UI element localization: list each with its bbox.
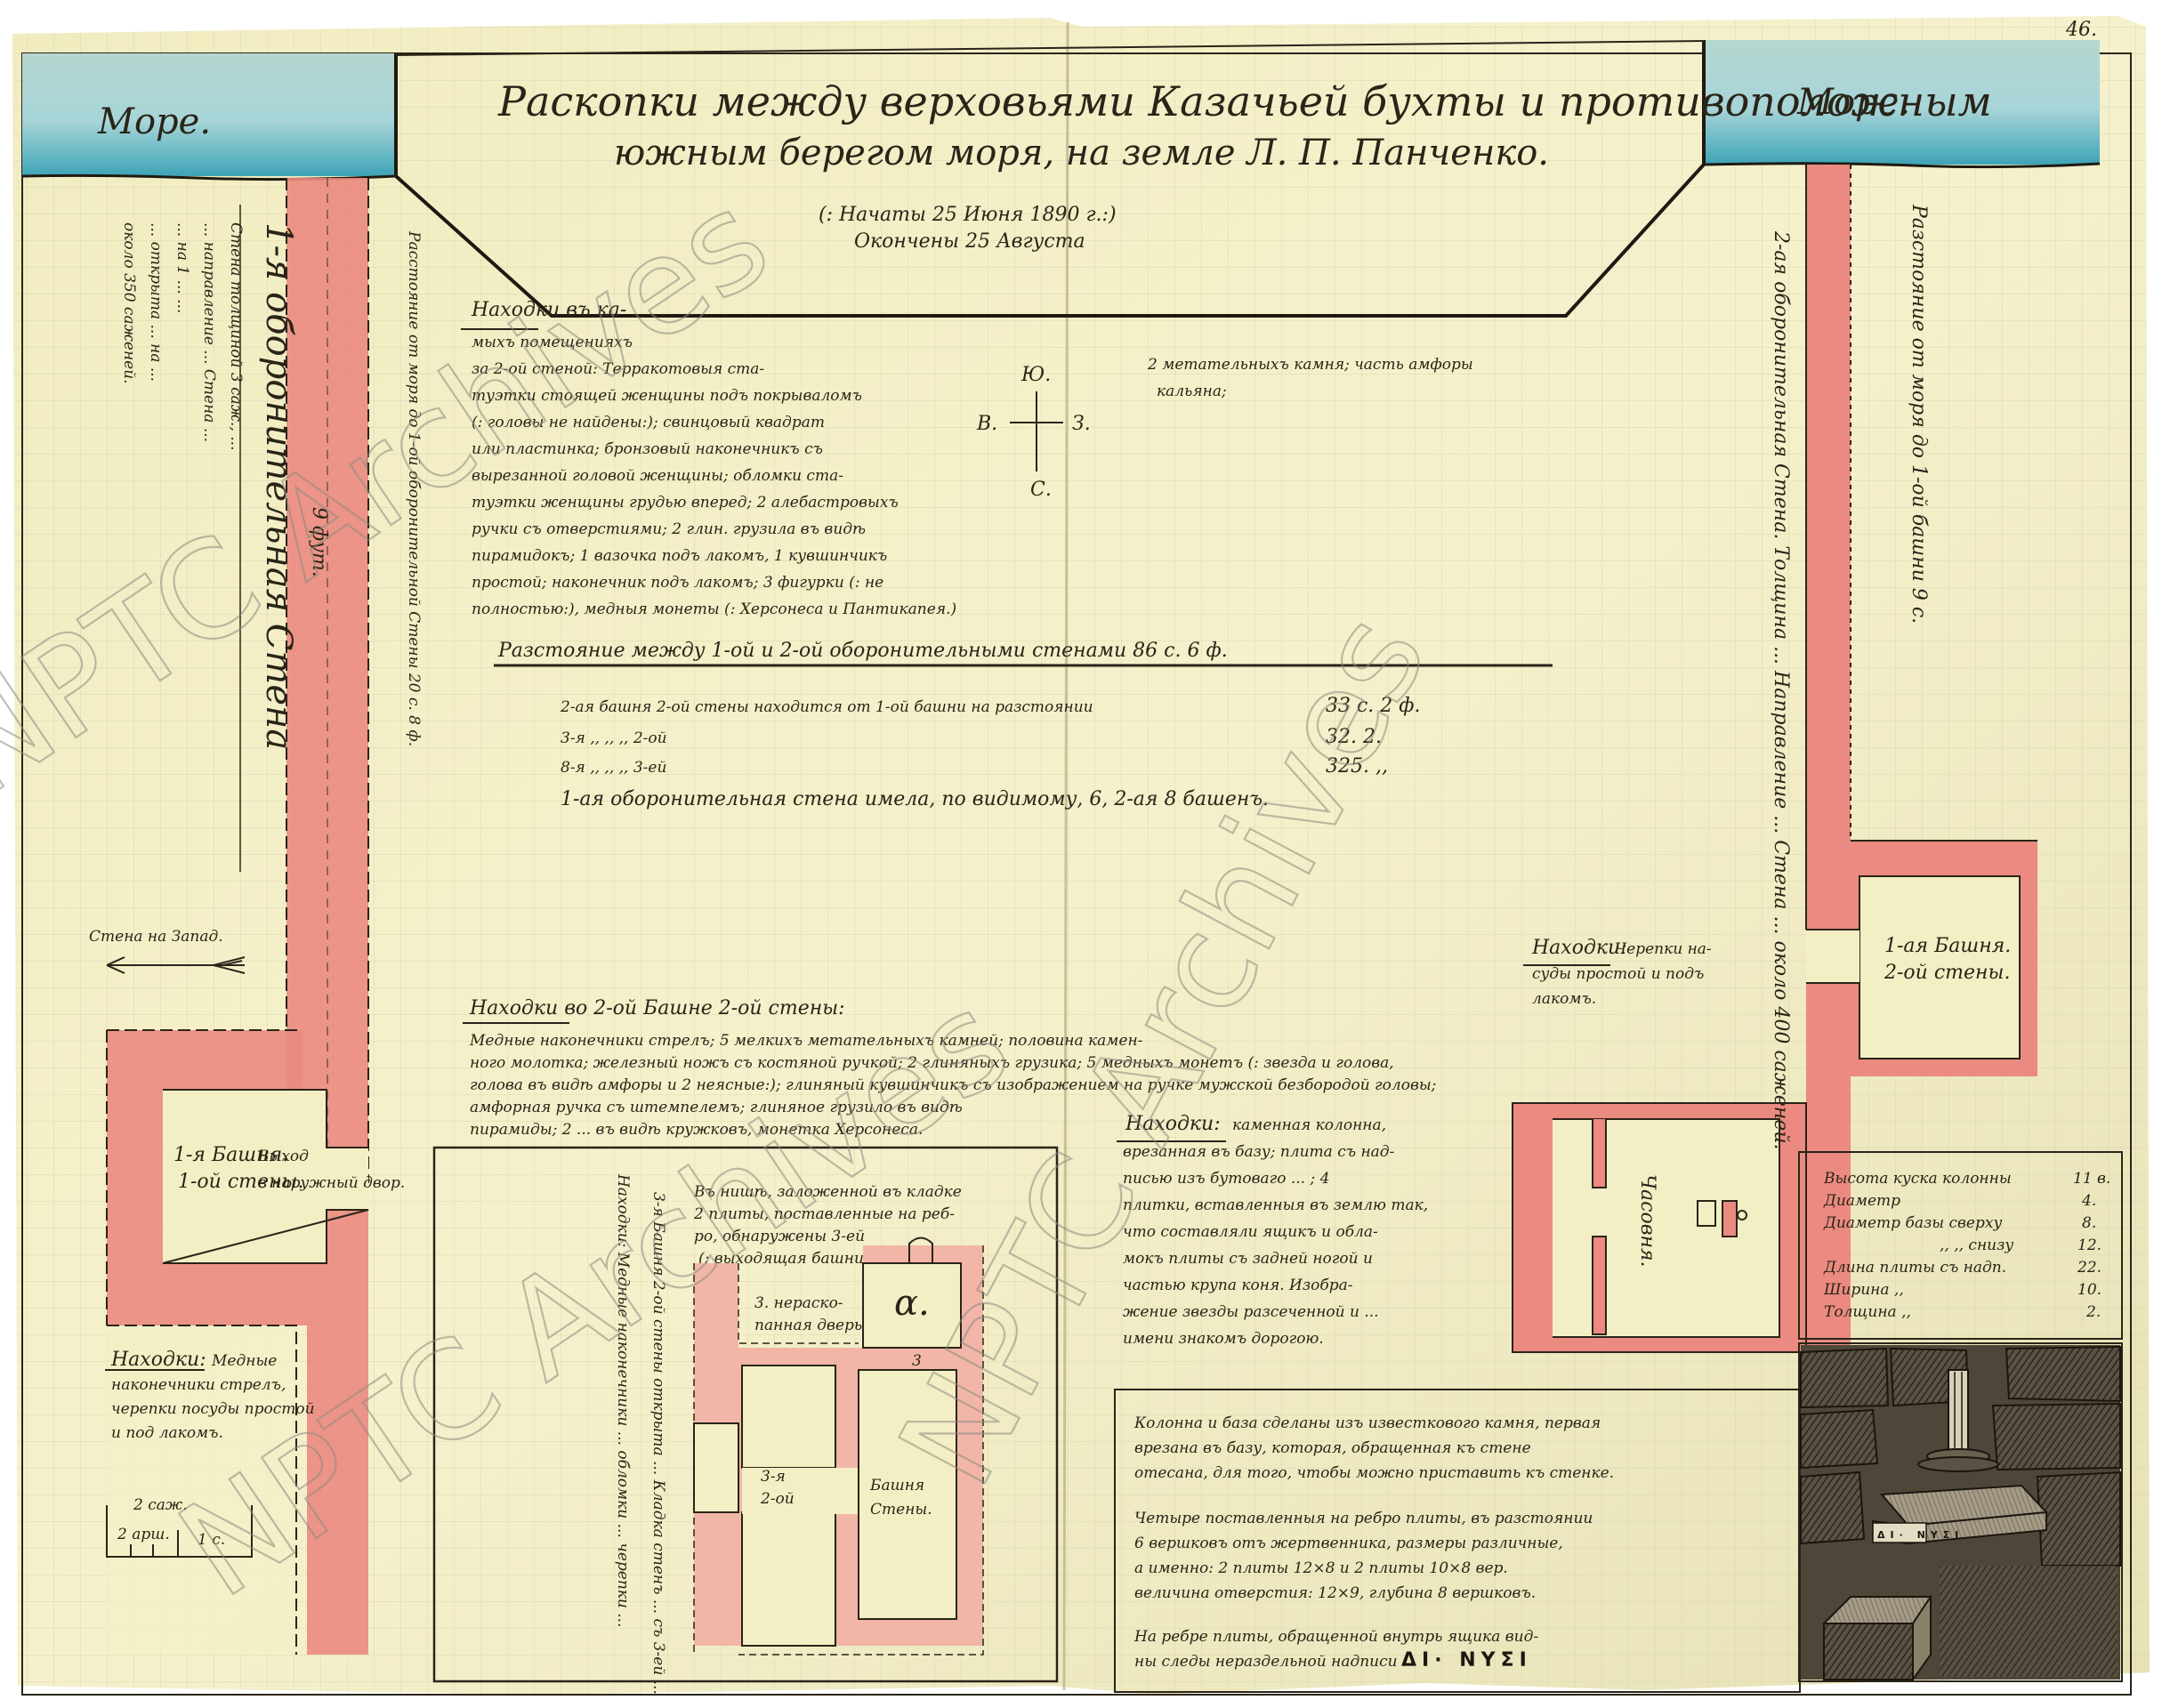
inscription-text: ΔΙ· ΝΥΣΙ xyxy=(1401,1649,1532,1672)
svg-text:8-я ,, ,, ,, 3-ей: 8-я ,, ,, ,, 3-ей xyxy=(561,759,666,777)
svg-text:врезана въ базу, которая, обра: врезана въ базу, которая, обращенная къ … xyxy=(1134,1439,1531,1457)
svg-text:Четыре поставленныя на ребро п: Четыре поставленныя на ребро плиты, въ р… xyxy=(1134,1510,1593,1527)
svg-text:частью крупа коня. Изобра-: частью крупа коня. Изобра- xyxy=(1123,1277,1353,1294)
svg-text:Медные: Медные xyxy=(211,1352,277,1370)
plinth-icon xyxy=(1722,1201,1737,1237)
svg-text:... на 1 ... ...: ... на 1 ... ... xyxy=(173,222,191,313)
svg-text:Стена толщиной 3 саж., ...: Стена толщиной 3 саж., ... xyxy=(227,222,245,450)
date-end: Окончены 25 Августа xyxy=(854,230,1085,253)
svg-text:3-я: 3-я xyxy=(761,1468,786,1486)
compass-note-1: 2 метательныхъ камня; часть амфоры xyxy=(1147,356,1473,374)
svg-text:Медные наконечники стрелъ; 5 м: Медные наконечники стрелъ; 5 мелкихъ мет… xyxy=(469,1032,1143,1050)
svg-text:около 350 саженей.: около 350 саженей. xyxy=(120,222,138,384)
svg-text:2 арш.: 2 арш. xyxy=(117,1526,170,1543)
svg-text:что составляли ящикъ и обла-: что составляли ящикъ и обла- xyxy=(1123,1223,1378,1241)
right-tower-label-2: 2-ой стены. xyxy=(1884,962,2010,984)
distance-sea-right: Разстояние от моря до 1-ой башни 9 с. xyxy=(1908,204,1930,624)
compass-east: З. xyxy=(1072,413,1091,435)
compass-south: С. xyxy=(1030,479,1052,501)
compass-north: Ю. xyxy=(1020,364,1051,386)
svg-text:6 вершковъ отъ жертвенника, ра: 6 вершковъ отъ жертвенника, размеры разл… xyxy=(1134,1535,1563,1552)
svg-text:панная дверь: панная дверь xyxy=(754,1317,862,1334)
svg-text:11 в.: 11 в. xyxy=(2073,1170,2110,1188)
page-number: 46. xyxy=(2065,19,2097,41)
svg-text:жение звезды разсеченной и ...: жение звезды разсеченной и ... xyxy=(1123,1303,1379,1321)
shrine-illustration: ΔΙ· ΝΥΣΙ xyxy=(1799,1343,2122,1681)
svg-text:Находки:: Находки: xyxy=(1531,937,1627,959)
svg-text:1-ая оборонительная стена имел: 1-ая оборонительная стена имела, по види… xyxy=(561,788,1269,810)
svg-text:2-ая башня 2-ой стены находитс: 2-ая башня 2-ой стены находится от 1-ой … xyxy=(560,698,1093,716)
manuscript-sheet: Море. Море. 46. Раскопки между верховьям… xyxy=(0,0,2162,1708)
title-line-1: Раскопки между верховьями Казачьей бухты… xyxy=(497,77,1992,125)
svg-text:Черепки на-: Черепки на- xyxy=(1615,940,1712,958)
svg-text:Находки:: Находки: xyxy=(110,1349,206,1371)
svg-text:10.: 10. xyxy=(2077,1281,2101,1299)
svg-text:ручки съ отверстиями; 2 глин.: ручки съ отверстиями; 2 глин. грузила въ… xyxy=(472,520,866,538)
svg-text:а именно: 2 плиты 12×8 и 2 пли: а именно: 2 плиты 12×8 и 2 плиты 10×8 ве… xyxy=(1134,1559,1508,1577)
svg-text:... направление ... Стена ...: ... направление ... Стена ... xyxy=(200,222,218,442)
svg-text:3-я ,, ,, ,, 2-ой: 3-я ,, ,, ,, 2-ой xyxy=(561,729,667,747)
svg-text:8.: 8. xyxy=(2082,1214,2096,1232)
svg-text:мокъ плиты съ задней ногой и: мокъ плиты съ задней ногой и xyxy=(1123,1250,1373,1268)
room-alpha: α. xyxy=(894,1283,930,1324)
svg-text:Диаметр: Диаметр xyxy=(1823,1192,1900,1210)
svg-text:наконечники стрелъ,: наконечники стрелъ, xyxy=(111,1376,286,1394)
svg-text:12.: 12. xyxy=(2077,1237,2101,1254)
svg-text:суды простой и подъ: суды простой и подъ xyxy=(1532,965,1704,983)
svg-text:отесана, для того, чтобы можно: отесана, для того, чтобы можно приставит… xyxy=(1134,1464,1614,1482)
svg-text:2-ой: 2-ой xyxy=(760,1490,795,1508)
shrine-label: Часовня. xyxy=(1636,1174,1658,1268)
compass-note-2: кальяна; xyxy=(1157,383,1227,400)
svg-text:полностью:), медныя монеты (:: полностью:), медныя монеты (: Херсонеса … xyxy=(472,600,956,618)
svg-text:туэтки женщины грудью вперед;: туэтки женщины грудью вперед; 2 алебастр… xyxy=(472,494,899,512)
title-line-2: южным берегом моря, на земле Л. П. Панче… xyxy=(614,133,1549,173)
svg-text:,, ,, снизу: ,, ,, снизу xyxy=(1940,1237,2013,1254)
column-icon xyxy=(1948,1370,1968,1450)
svg-text:Башня: Башня xyxy=(869,1477,924,1494)
tower1-note-2: в наружный двор. xyxy=(258,1174,405,1192)
svg-text:3. нераско-: 3. нераско- xyxy=(754,1294,843,1312)
svg-text:величина отверстия: 12×9, глуб: величина отверстия: 12×9, глубина 8 верш… xyxy=(1134,1584,1536,1602)
svg-text:4.: 4. xyxy=(2081,1192,2096,1210)
svg-text:2.: 2. xyxy=(2085,1303,2101,1321)
svg-text:На ребре плиты, обращенной вну: На ребре плиты, обращенной внутрь ящика … xyxy=(1133,1628,1538,1646)
second-wall-heading: 2-ая оборонительная Стена. Толщина ... Н… xyxy=(1770,230,1792,1149)
svg-text:Длина плиты съ надп.: Длина плиты съ надп. xyxy=(1823,1259,2006,1277)
arrow-west-label: Стена на Запад. xyxy=(89,928,223,946)
date-start: (: Начаты 25 Июня 1890 г.:) xyxy=(819,204,1117,226)
slab-inscription: ΔΙ· ΝΥΣΙ xyxy=(1877,1529,1964,1541)
distance-heading: Разстояние между 1-ой и 2-ой оборонитель… xyxy=(497,640,1228,662)
sea-label-left: Море. xyxy=(97,101,211,142)
svg-text:Стены.: Стены. xyxy=(870,1501,932,1519)
svg-text:Толщина ,,: Толщина ,, xyxy=(1824,1303,1911,1321)
svg-text:Находки во 2-ой Башне 2-ой сте: Находки во 2-ой Башне 2-ой стены: xyxy=(469,997,845,1019)
svg-text:22.: 22. xyxy=(2077,1259,2101,1277)
svg-text:имени знакомъ дорогою.: имени знакомъ дорогою. xyxy=(1123,1330,1324,1348)
svg-text:простой; наконечник подъ лаком: простой; наконечник подъ лакомъ; 3 фигур… xyxy=(472,574,883,592)
compass-west: В. xyxy=(976,413,997,435)
svg-text:Диаметр базы сверху: Диаметр базы сверху xyxy=(1823,1214,2002,1232)
svg-text:пирамидокъ; 1 вазочка подъ лак: пирамидокъ; 1 вазочка подъ лакомъ, 1 кув… xyxy=(472,547,887,565)
svg-text:каменная колонна,: каменная колонна, xyxy=(1232,1116,1386,1134)
sea-left: Море. xyxy=(22,53,396,180)
svg-text:и под лакомъ.: и под лакомъ. xyxy=(111,1424,223,1442)
right-tower-label-1: 1-ая Башня. xyxy=(1884,935,2011,957)
svg-text:Колонна и база сделаны изъ изв: Колонна и база сделаны изъ известкового … xyxy=(1133,1414,1601,1432)
tower1-note-1: Выход xyxy=(257,1148,309,1165)
svg-text:Ширина ,,: Ширина ,, xyxy=(1823,1281,1904,1299)
svg-text:... открыта ... на ...: ... открыта ... на ... xyxy=(147,222,165,382)
svg-text:ны следы нераздельной надписи: ны следы нераздельной надписи : xyxy=(1134,1653,1408,1671)
svg-text:Высота куска колонны: Высота куска колонны xyxy=(1823,1170,2012,1188)
svg-text:лакомъ.: лакомъ. xyxy=(1532,990,1596,1008)
